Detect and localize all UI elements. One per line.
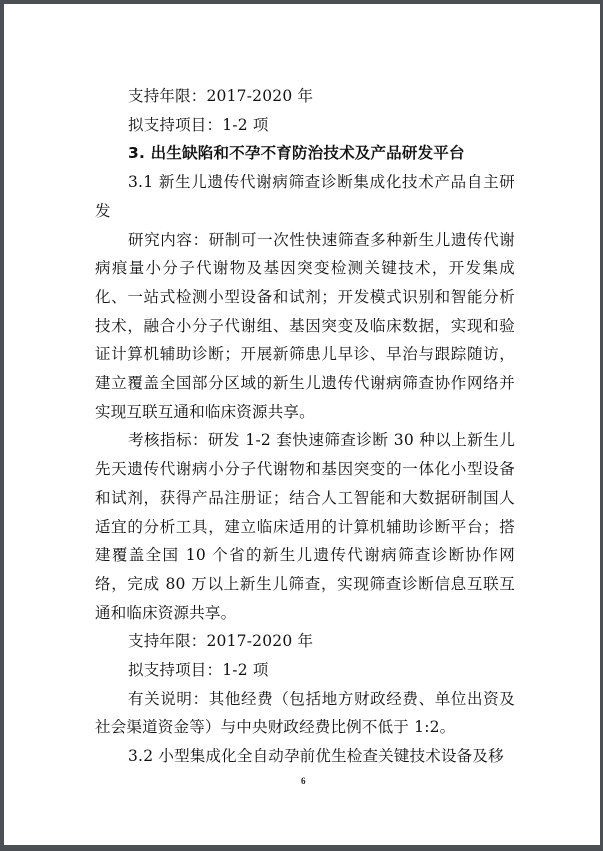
page-number: 6 [301, 776, 306, 786]
subsection-heading-3-1: 3.1 新生儿遗传代谢病筛查诊断集成化技术产品自主研发 [95, 168, 515, 225]
assessment-indicators-paragraph: 考核指标：研发 1-2 套快速筛查诊断 30 种以上新生儿先天遗传代谢病小分子代… [95, 426, 515, 627]
document-body: 支持年限：2017-2020 年 拟支持项目：1-2 项 3. 出生缺陷和不孕不… [95, 82, 515, 771]
section-heading-3: 3. 出生缺陷和不孕不育防治技术及产品研发平台 [95, 139, 515, 168]
support-period-2: 支持年限：2017-2020 年 [95, 627, 515, 656]
document-page: 支持年限：2017-2020 年 拟支持项目：1-2 项 3. 出生缺陷和不孕不… [4, 4, 600, 845]
supported-projects-2: 拟支持项目：1-2 项 [95, 656, 515, 685]
subsection-heading-3-2: 3.2 小型集成化全自动孕前优生检查关键技术设备及移 [95, 742, 515, 771]
notes-paragraph: 有关说明：其他经费（包括地方财政经费、单位出资及社会渠道资金等）与中央财政经费比… [95, 685, 515, 742]
support-period-1: 支持年限：2017-2020 年 [95, 82, 515, 111]
research-content-paragraph: 研究内容：研制可一次性快速筛查多种新生儿遗传代谢病痕量小分子代谢物及基因突变检测… [95, 226, 515, 427]
supported-projects-1: 拟支持项目：1-2 项 [95, 111, 515, 140]
